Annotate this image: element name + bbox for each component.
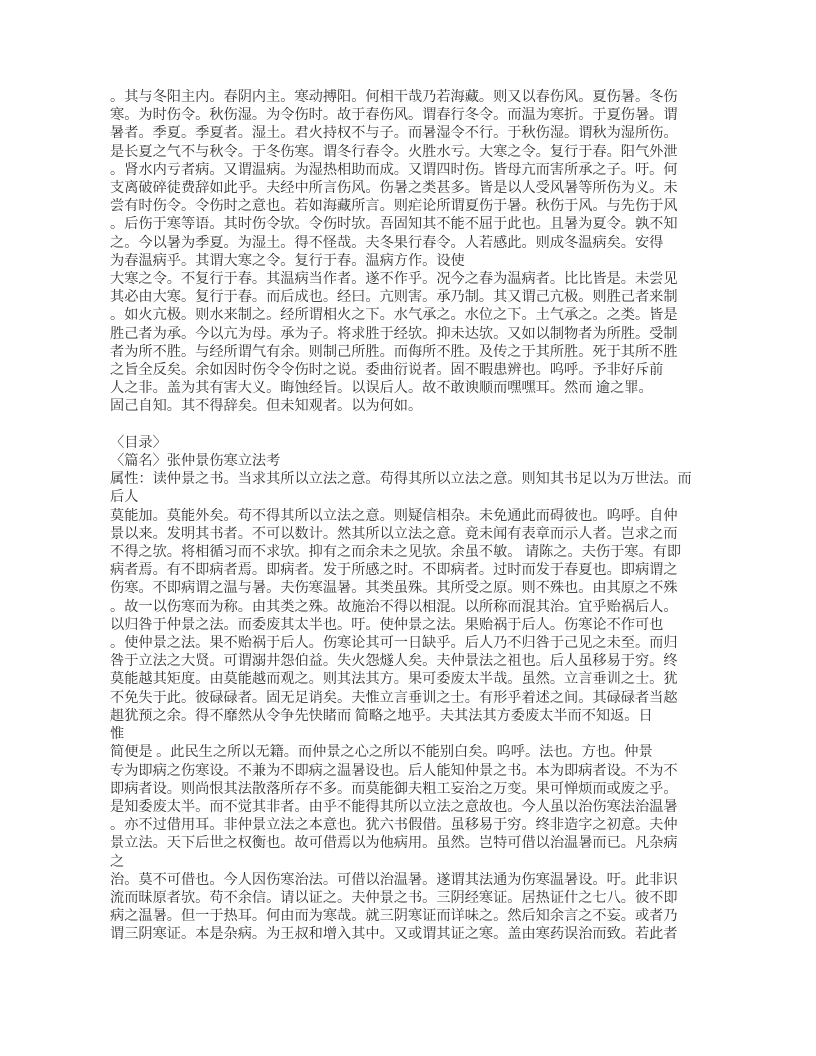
text-line: 以归咎于仲景之法。而委废其太半也。吁。使仲景之法。果贻祸于后人。伤寒论不作可也 <box>110 616 722 634</box>
text-line: 是长夏之气不与秋令。于冬伤寒。谓冬行春令。火胜水亏。大寒之令。复行于春。阳气外泄 <box>110 143 722 161</box>
text-line: 。使仲景之法。果不贻祸于后人。伤寒论其可一日缺乎。后人乃不归咎于己见之未至。而归 <box>110 634 722 652</box>
text-line: 属性：读仲景之书。当求其所以立法之意。苟得其所以立法之意。则知其书足以为万世法。… <box>110 470 722 488</box>
text-line: 不得之欤。将相循习而不求欤。抑有之而余未之见欤。余虽不敏。 请陈之。夫伤于寒。有… <box>110 543 722 561</box>
text-line: 〈篇名〉张仲景伤寒立法考 <box>110 452 722 470</box>
text-line: 人之非。盖为其有害大义。晦蚀经旨。以误后人。故不敢谀顺而嘿嘿耳。然而 逾之罪。 <box>110 379 722 397</box>
text-line: 简便是 。此民生之所以无籍。而仲景之心之所以不能别白矣。呜呼。法也。方也。仲景 <box>110 743 722 761</box>
text-line: 伤寒。不即病谓之温与暑。夫伤寒温暑。其类虽殊。其所受之原。则不殊也。由其原之不殊 <box>110 579 722 597</box>
document-page: 。其与冬阳主内。春阴内主。寒动搏阳。何相干哉乃若海藏。则又以春伤风。夏伤暑。冬伤… <box>0 0 816 1056</box>
text-line: 谓三阴寒证。本是杂病。为王叔和增入其中。又或谓其证之寒。盖由寒药误治而致。若此者 <box>110 925 722 943</box>
text-line: 景立法。天下后世之权衡也。故可借焉以为他病用。虽然。岂特可借以治温暑而已。凡杂病 <box>110 834 722 852</box>
text-line: 尝有时伤令。令伤时之意也。若如海藏所言。则疟论所谓夏伤于暑。秋伤于风。与先伤于风 <box>110 197 722 215</box>
text-line: 。如火亢极。则水来制之。经所谓相火之下。水气承之。水位之下。土气承之。之类。皆是 <box>110 306 722 324</box>
text-line: 惟 <box>110 725 722 743</box>
text-line: 之 <box>110 853 722 871</box>
text-line: 专为即病之伤寒设。不兼为不即病之温暑设也。后人能知仲景之书。本为即病者设。不为不 <box>110 762 722 780</box>
text-line: 之。今以暑为季夏。为湿土。得不怪哉。夫冬果行春令。人若感此。则成冬温病矣。安得 <box>110 234 722 252</box>
text-line: 莫能加。莫能外矣。苟不得其所以立法之意。则疑信相杂。未免通此而碍彼也。呜呼。自仲 <box>110 507 722 525</box>
text-line: 〈目录〉 <box>110 434 722 452</box>
text-line: 。故一以伤寒而为称。由其类之殊。故施治不得以相混。以所称而混其治。宜乎贻祸后人。 <box>110 598 722 616</box>
text-block: 。其与冬阳主内。春阴内主。寒动搏阳。何相干哉乃若海藏。则又以春伤风。夏伤暑。冬伤… <box>110 88 722 944</box>
text-line: 治。莫不可借也。今人因伤寒治法。可借以治温暑。遂谓其法通为伤寒温暑设。吁。此非识 <box>110 871 722 889</box>
blank-line <box>110 416 722 434</box>
text-line: 趄犹预之余。得不靡然从令争先快睹而 简略之地乎。夫其法其方委废太半而不知返。日 <box>110 707 722 725</box>
text-line: 咎于立法之大贤。可谓溺井怨伯益。失火怨燧人矣。夫仲景法之祖也。后人虽移易于穷。终 <box>110 652 722 670</box>
text-line: 寒。为时伤令。秋伤湿。为令伤时。故于春伤风。谓春行冬令。而温为寒折。于夏伤暑。谓 <box>110 106 722 124</box>
text-line: 固己自知。其不得辞矣。但未知观者。以为何如。 <box>110 397 722 415</box>
text-line: 流而昧原者欤。苟不余信。请以证之。夫仲景之书。三阴经寒证。居热证什之七八。彼不即 <box>110 889 722 907</box>
text-line: 暑者。季夏。季夏者。湿土。君火持权不与子。而暑湿令不行。于秋伤湿。谓秋为湿所伤。 <box>110 124 722 142</box>
text-line: 是知委废太半。而不觉其非者。由乎不能得其所以立法之意故也。今人虽以治伤寒法治温暑 <box>110 798 722 816</box>
text-line: 莫能越其矩度。由莫能越而观之。则其法其方。果可委废太半哉。虽然。立言垂训之士。犹 <box>110 670 722 688</box>
text-line: 景以来。发明其书者。不可以数计。然其所以立法之意。竟未闻有表章而示人者。岂求之而 <box>110 525 722 543</box>
text-line: 不免失于此。彼碌碌者。固无足诮矣。夫惟立言垂训之士。有形乎着述之间。其碌碌者当趑 <box>110 689 722 707</box>
text-line: 。后伤于寒等语。其时伤令欤。令伤时欤。吾固知其不能不屈于此也。且暑为夏令。孰不知 <box>110 215 722 233</box>
text-line: 病者焉。有不即病者焉。即病者。发于所感之时。不即病者。过时而发于春夏也。即病谓之 <box>110 561 722 579</box>
text-line: 。其与冬阳主内。春阴内主。寒动搏阳。何相干哉乃若海藏。则又以春伤风。夏伤暑。冬伤 <box>110 88 722 106</box>
text-line: 后人 <box>110 488 722 506</box>
text-line: 为春温病乎。其谓大寒之令。复行于春。温病方作。设使 <box>110 252 722 270</box>
text-line: 即病者设。则尚恨其法散落所存不多。而莫能御夫粗工妄治之万变。果可惮烦而或废之乎。 <box>110 780 722 798</box>
text-line: 胜己者为承。今以亢为母。承为子。将求胜于经欤。抑未达欤。又如以制物者为所胜。受制 <box>110 325 722 343</box>
text-line: 之旨全反矣。余如因时伤令令伤时之说。委曲衍说者。固不暇患辨也。呜呼。予非好斥前 <box>110 361 722 379</box>
text-line: 其必由大寒。复行于春。而后成也。经曰。亢则害。承乃制。其又谓己亢极。则胜己者来制 <box>110 288 722 306</box>
text-line: 病之温暑。但一于热耳。何由而为寒哉。就三阴寒证而详味之。然后知余言之不妄。或者乃 <box>110 907 722 925</box>
text-line: 大寒之令。不复行于春。其温病当作者。遂不作乎。况今之春为温病者。比比皆是。未尝见 <box>110 270 722 288</box>
text-line: 支离破碎徒费辞如此乎。夫经中所言伤风。伤暑之类甚多。皆是以人受风暑等所伤为义。未 <box>110 179 722 197</box>
text-line: 。亦不过借用耳。非仲景立法之本意也。犹六书假借。虽移易于穷。终非造字之初意。夫仲 <box>110 816 722 834</box>
text-line: 。肾水内亏者病。又谓温病。为湿热相助而成。又谓四时伤。皆母亢而害所承之子。吁。何 <box>110 161 722 179</box>
text-line: 者为所不胜。与经所谓气有余。则制己所胜。而侮所不胜。及传之于其所胜。死于其所不胜 <box>110 343 722 361</box>
